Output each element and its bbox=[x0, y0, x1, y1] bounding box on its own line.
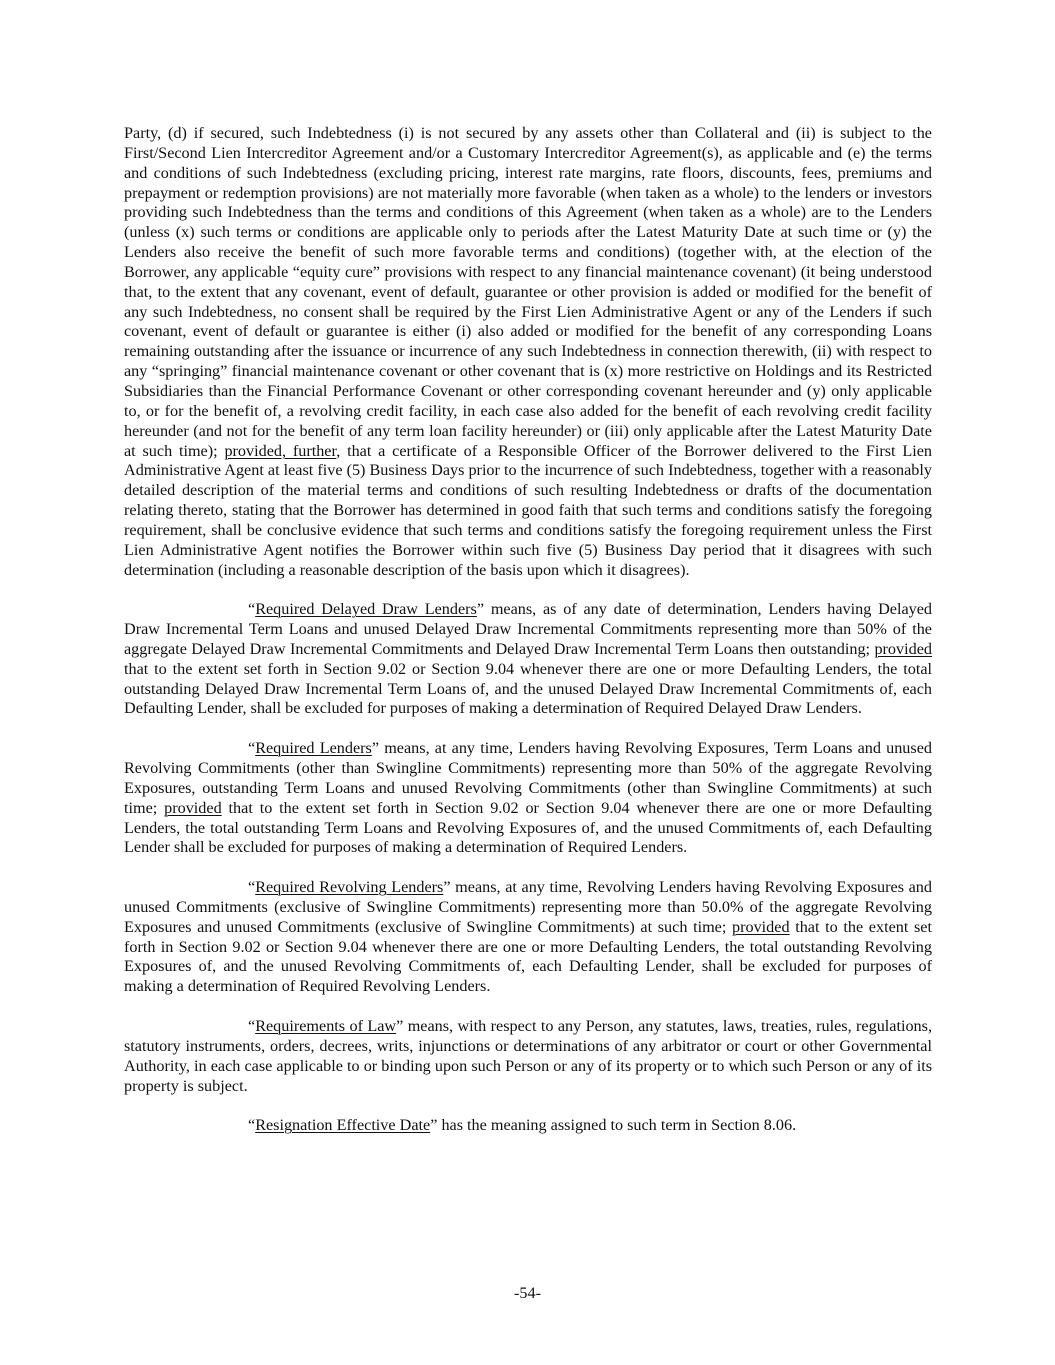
continuation-paragraph: Party, (d) if secured, such Indebtedness… bbox=[124, 124, 932, 580]
close-quote: ” bbox=[477, 600, 484, 618]
proviso-underlined: provided, further bbox=[224, 442, 336, 460]
definition-text: that to the extent set forth in Section … bbox=[124, 799, 932, 857]
proviso-underlined: provided bbox=[874, 640, 932, 658]
defined-term: Resignation Effective Date bbox=[255, 1116, 430, 1134]
defined-term: Required Revolving Lenders bbox=[255, 878, 443, 896]
paragraph-text: , that a certificate of a Responsible Of… bbox=[124, 442, 932, 579]
definition-requirements-of-law: “Requirements of Law” means, with respec… bbox=[124, 1017, 932, 1096]
definition-required-lenders: “Required Lenders” means, at any time, L… bbox=[124, 739, 932, 858]
document-page: Party, (d) if secured, such Indebtedness… bbox=[124, 124, 932, 1156]
definition-required-delayed-draw-lenders: “Required Delayed Draw Lenders” means, a… bbox=[124, 600, 932, 719]
definition-text: means, with respect to any Person, any s… bbox=[124, 1017, 932, 1095]
definition-text: that to the extent set forth in Section … bbox=[124, 660, 932, 718]
close-quote: ” bbox=[443, 878, 450, 896]
defined-term: Requirements of Law bbox=[255, 1017, 396, 1035]
definition-resignation-effective-date: “Resignation Effective Date” has the mea… bbox=[124, 1116, 932, 1136]
defined-term: Required Delayed Draw Lenders bbox=[255, 600, 477, 618]
proviso-underlined: provided bbox=[732, 918, 790, 936]
definition-text: has the meaning assigned to such term in… bbox=[437, 1116, 796, 1134]
definition-text: means, as of any date of determination, … bbox=[124, 600, 932, 658]
proviso-underlined: provided bbox=[164, 799, 222, 817]
defined-term: Required Lenders bbox=[255, 739, 372, 757]
close-quote: ” bbox=[372, 739, 379, 757]
page-number: -54- bbox=[0, 1284, 1055, 1303]
definition-required-revolving-lenders: “Required Revolving Lenders” means, at a… bbox=[124, 878, 932, 997]
paragraph-text: Party, (d) if secured, such Indebtedness… bbox=[124, 124, 932, 460]
